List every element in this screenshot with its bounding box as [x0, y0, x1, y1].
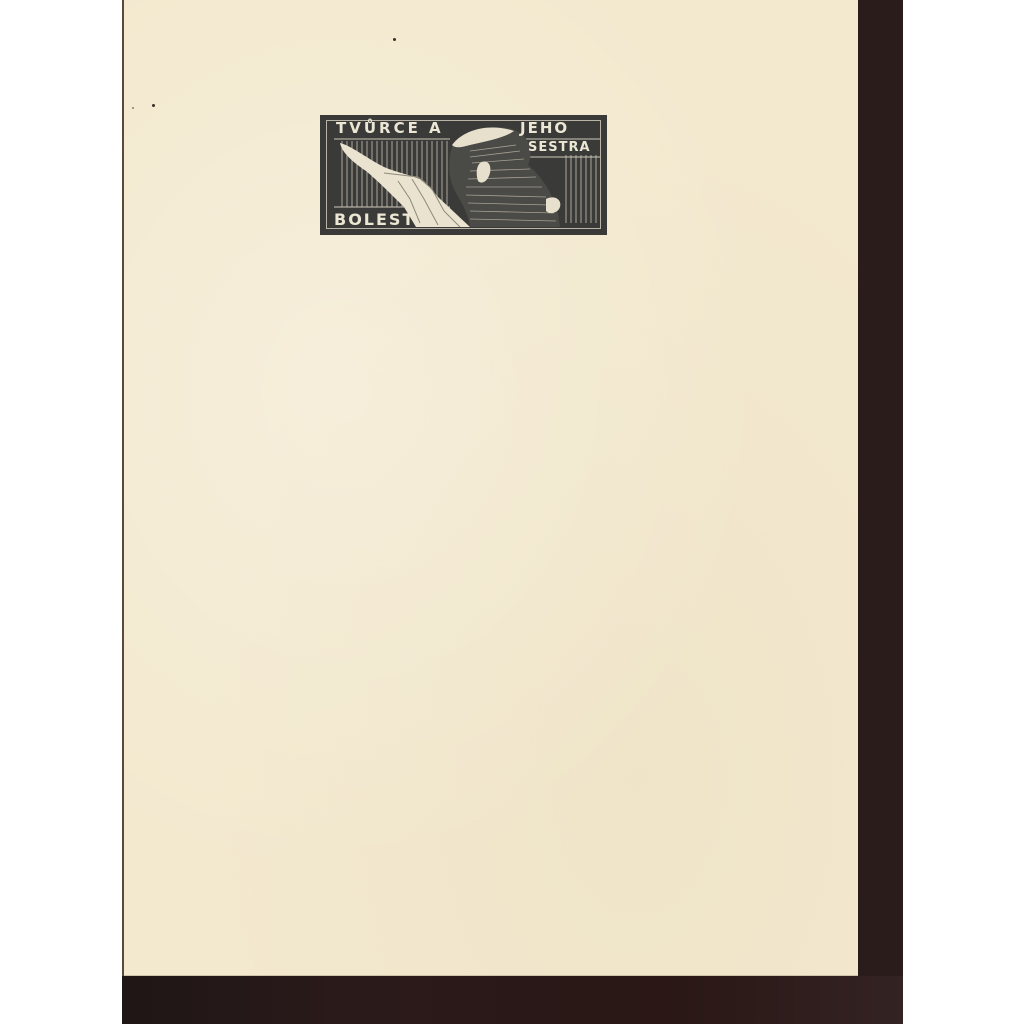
paper-speck — [393, 38, 396, 41]
caption-sestra: SESTRA — [528, 141, 591, 154]
caption-bolest: BOLEST — [334, 212, 415, 228]
paper-speck — [132, 107, 134, 109]
woodcut-print: TVŮRCE A JEHO SESTRA BOLEST — [320, 115, 607, 235]
caption-jeho: JEHO — [520, 121, 569, 136]
paper-sheet: TVŮRCE A JEHO SESTRA BOLEST — [122, 0, 858, 976]
paper-speck — [152, 104, 155, 107]
caption-tvurce-a: TVŮRCE A — [336, 121, 444, 136]
